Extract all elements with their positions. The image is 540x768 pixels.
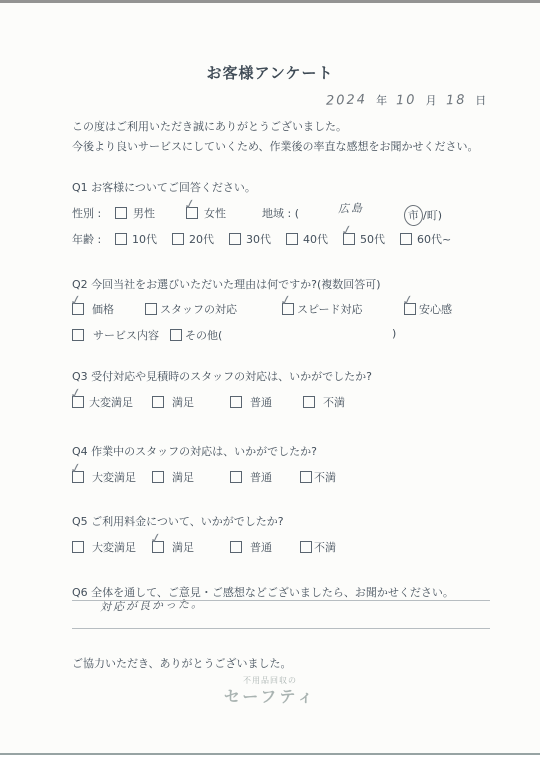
date-year-value: 2024: [326, 92, 368, 108]
q3-very-satisfied-label: 大変満足: [89, 394, 133, 410]
checkbox-q5-unsatisfied[interactable]: ✓: [300, 541, 312, 553]
q5-satisfied-label: 満足: [172, 539, 194, 555]
checkbox-q4-neutral[interactable]: ✓: [230, 471, 242, 483]
q1-age-60s-label: 60代~: [417, 231, 451, 247]
checkbox-age-60s[interactable]: ✓: [400, 233, 412, 245]
checkbox-reason-security[interactable]: ✓: [404, 303, 416, 315]
q1-region-town-suffix: /町): [423, 209, 442, 222]
q5-label: Q5 ご利用料金について、いかがでしたか?: [72, 513, 284, 529]
checkmark-icon: ✓: [69, 386, 83, 402]
checkbox-gender-male[interactable]: ✓: [115, 207, 127, 219]
q3-satisfied-label: 満足: [172, 394, 194, 410]
q1-age-30s-label: 30代: [246, 231, 271, 247]
q1-region-suffix: 市/町): [404, 205, 442, 226]
date-month-label: 月: [426, 92, 437, 108]
checkbox-age-10s[interactable]: ✓: [115, 233, 127, 245]
checkbox-reason-staff[interactable]: ✓: [145, 303, 157, 315]
checkbox-age-20s[interactable]: ✓: [172, 233, 184, 245]
checkbox-q3-very-satisfied[interactable]: ✓: [72, 396, 84, 408]
checkbox-reason-speed[interactable]: ✓: [282, 303, 294, 315]
safety-logo: セーフティ: [0, 684, 540, 707]
checkbox-q5-neutral[interactable]: ✓: [230, 541, 242, 553]
q2-price-label: 価格: [92, 301, 114, 317]
page-title: お客様アンケート: [0, 62, 540, 83]
q3-neutral-label: 普通: [250, 394, 272, 410]
q6-answer-line-2: [72, 628, 490, 629]
date-row: 2024 年 10 月 18 日: [326, 92, 486, 108]
q1-gender-female-label: 女性: [204, 205, 226, 221]
checkbox-age-40s[interactable]: ✓: [286, 233, 298, 245]
q2-speed-label: スピード対応: [297, 301, 363, 317]
q1-age-40s-label: 40代: [303, 231, 328, 247]
q6-answer-line-1: [72, 600, 490, 601]
checkbox-q5-very-satisfied[interactable]: ✓: [72, 541, 84, 553]
q3-unsatisfied-label: 不満: [323, 394, 345, 410]
q4-satisfied-label: 満足: [172, 469, 194, 485]
q2-service-label: サービス内容: [93, 327, 159, 343]
q1-label: Q1 お客様についてご回答ください。: [72, 179, 256, 195]
checkbox-age-50s[interactable]: ✓: [343, 233, 355, 245]
scan-margin-bottom: [0, 755, 540, 768]
checkbox-gender-female[interactable]: ✓: [186, 207, 198, 219]
survey-page: お客様アンケート 2024 年 10 月 18 日 この度はご利用いただき誠にあ…: [0, 0, 540, 768]
q2-other-close-paren: ): [392, 327, 396, 340]
checkmark-icon: ✓: [149, 531, 163, 547]
q1-region-handwritten-value: 広島: [338, 200, 365, 217]
checkbox-reason-other[interactable]: ✓: [170, 329, 182, 341]
q4-neutral-label: 普通: [250, 469, 272, 485]
q4-label: Q4 作業中のスタッフの対応は、いかがでしたか?: [72, 443, 317, 459]
q1-age-20s-label: 20代: [189, 231, 214, 247]
q4-very-satisfied-label: 大変満足: [92, 469, 136, 485]
checkmark-icon: ✓: [401, 293, 415, 309]
checkbox-q3-satisfied[interactable]: ✓: [152, 396, 164, 408]
checkbox-reason-service[interactable]: ✓: [72, 329, 84, 341]
checkbox-q3-neutral[interactable]: ✓: [230, 396, 242, 408]
checkbox-age-30s[interactable]: ✓: [229, 233, 241, 245]
q1-age-10s-label: 10代: [132, 231, 157, 247]
q5-unsatisfied-label: 不満: [314, 539, 336, 555]
checkbox-q4-satisfied[interactable]: ✓: [152, 471, 164, 483]
checkmark-icon: ✓: [340, 223, 354, 239]
q1-gender-male-label: 男性: [133, 205, 155, 221]
checkbox-reason-price[interactable]: ✓: [72, 303, 84, 315]
q1-gender-label: 性別 :: [72, 205, 101, 221]
q2-security-label: 安心感: [419, 301, 452, 317]
scan-edge-top: [0, 0, 540, 3]
q5-very-satisfied-label: 大変満足: [92, 539, 136, 555]
checkbox-q3-unsatisfied[interactable]: ✓: [303, 396, 315, 408]
q2-label: Q2 今回当社をお選びいただいた理由は何ですか?(複数回答可): [72, 276, 381, 292]
checkmark-icon: ✓: [183, 197, 197, 213]
q1-age-50s-label: 50代: [360, 231, 385, 247]
q1-age-label: 年齢 :: [72, 231, 101, 247]
date-year-label: 年: [376, 92, 387, 108]
checkmark-icon: ✓: [279, 293, 293, 309]
checkmark-icon: ✓: [69, 461, 83, 477]
checkbox-q4-very-satisfied[interactable]: ✓: [72, 471, 84, 483]
date-month-value: 10: [396, 93, 417, 109]
date-day-label: 日: [475, 92, 486, 108]
date-day-value: 18: [445, 93, 466, 109]
intro-line-1: この度はご利用いただき誠にありがとうございました。: [72, 118, 347, 134]
q1-region-city-circled: 市: [403, 204, 424, 227]
intro-line-2: 今後より良いサービスにしていくため、作業後の率直な感想をお聞かせください。: [72, 138, 479, 154]
q4-unsatisfied-label: 不満: [314, 469, 336, 485]
q6-handwritten-answer: 対応が良かった。: [100, 595, 204, 615]
closing-text: ご協力いただき、ありがとうございました。: [72, 655, 292, 671]
q1-region-label: 地域 : (: [262, 205, 299, 221]
q5-neutral-label: 普通: [250, 539, 272, 555]
q2-staff-label: スタッフの対応: [160, 301, 237, 317]
q2-other-label: その他(: [185, 327, 222, 343]
checkbox-q4-unsatisfied[interactable]: ✓: [300, 471, 312, 483]
checkmark-icon: ✓: [69, 293, 83, 309]
q3-label: Q3 受付対応や見積時のスタッフの対応は、いかがでしたか?: [72, 368, 372, 384]
checkbox-q5-satisfied[interactable]: ✓: [152, 541, 164, 553]
